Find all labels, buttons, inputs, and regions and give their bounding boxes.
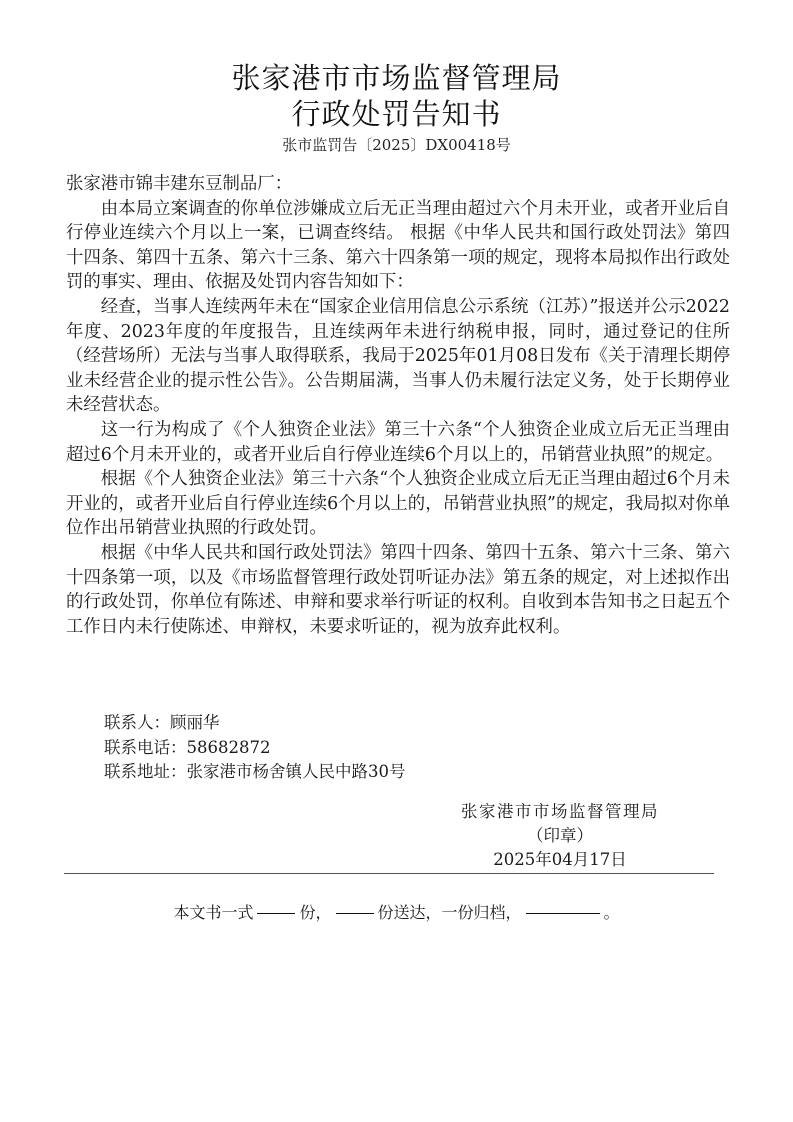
signing-agency: 张家港市市场监督管理局 (450, 800, 670, 824)
document-title: 行政处罚告知书 (0, 92, 793, 133)
paragraph-penalty: 根据《个人独资企业法》第三十六条“个人独资企业成立后无正当理由超过6个月未开业的… (66, 467, 730, 541)
footer-divider (64, 873, 714, 874)
contact-person: 联系人：顾丽华 (104, 711, 406, 736)
seal-placeholder: （印章） (450, 824, 670, 848)
copies-served-blank (336, 913, 374, 914)
contact-person-label: 联系人： (104, 713, 170, 732)
addressee: 张家港市锦丰建东豆制品厂： (66, 172, 730, 197)
paragraph-intro: 由本局立案调查的你单位涉嫌成立后无正当理由超过六个月未开业，或者开业后自行停业连… (66, 197, 730, 295)
contact-block: 联系人：顾丽华 联系电话：58682872 联系地址：张家港市杨舍镇人民中路30… (104, 711, 406, 785)
agency-title: 张家港市市场监督管理局 (0, 56, 793, 97)
contact-address: 联系地址：张家港市杨舍镇人民中路30号 (104, 760, 406, 785)
copies-text-1: 本文书一式 (173, 903, 253, 922)
contact-phone-value: 58682872 (187, 738, 271, 757)
paragraph-rights: 根据《中华人民共和国行政处罚法》第四十四条、第四十五条、第六十三条、第六十四条第… (66, 541, 730, 639)
issue-date: 2025年04月17日 (450, 848, 670, 872)
contact-person-value: 顾丽华 (170, 713, 220, 732)
paragraph-violation: 这一行为构成了《个人独资企业法》第三十六条“个人独资企业成立后无正当理由超过6个… (66, 418, 730, 467)
copies-other-blank (526, 913, 600, 914)
signature-block: 张家港市市场监督管理局 （印章） 2025年04月17日 (450, 800, 670, 872)
document-number: 张市监罚告〔2025〕DX00418号 (0, 134, 793, 155)
contact-phone-label: 联系电话： (104, 738, 187, 757)
paragraph-facts: 经查，当事人连续两年未在“国家企业信用信息公示系统（江苏）”报送并公示2022年… (66, 295, 730, 418)
document-body: 张家港市锦丰建东豆制品厂： 由本局立案调查的你单位涉嫌成立后无正当理由超过六个月… (66, 172, 730, 639)
contact-address-label: 联系地址： (104, 762, 187, 781)
document-page: 张家港市市场监督管理局 行政处罚告知书 张市监罚告〔2025〕DX00418号 … (0, 0, 793, 1122)
copies-total-blank (257, 913, 295, 914)
contact-address-value: 张家港市杨舍镇人民中路30号 (187, 762, 406, 781)
copies-text-2: 份， (299, 903, 331, 922)
copies-text-3: 份送达，一份归档， (378, 903, 522, 922)
copies-text-4: 。 (604, 903, 620, 922)
contact-phone: 联系电话：58682872 (104, 736, 406, 761)
copies-note: 本文书一式份，份送达，一份归档，。 (0, 900, 793, 923)
